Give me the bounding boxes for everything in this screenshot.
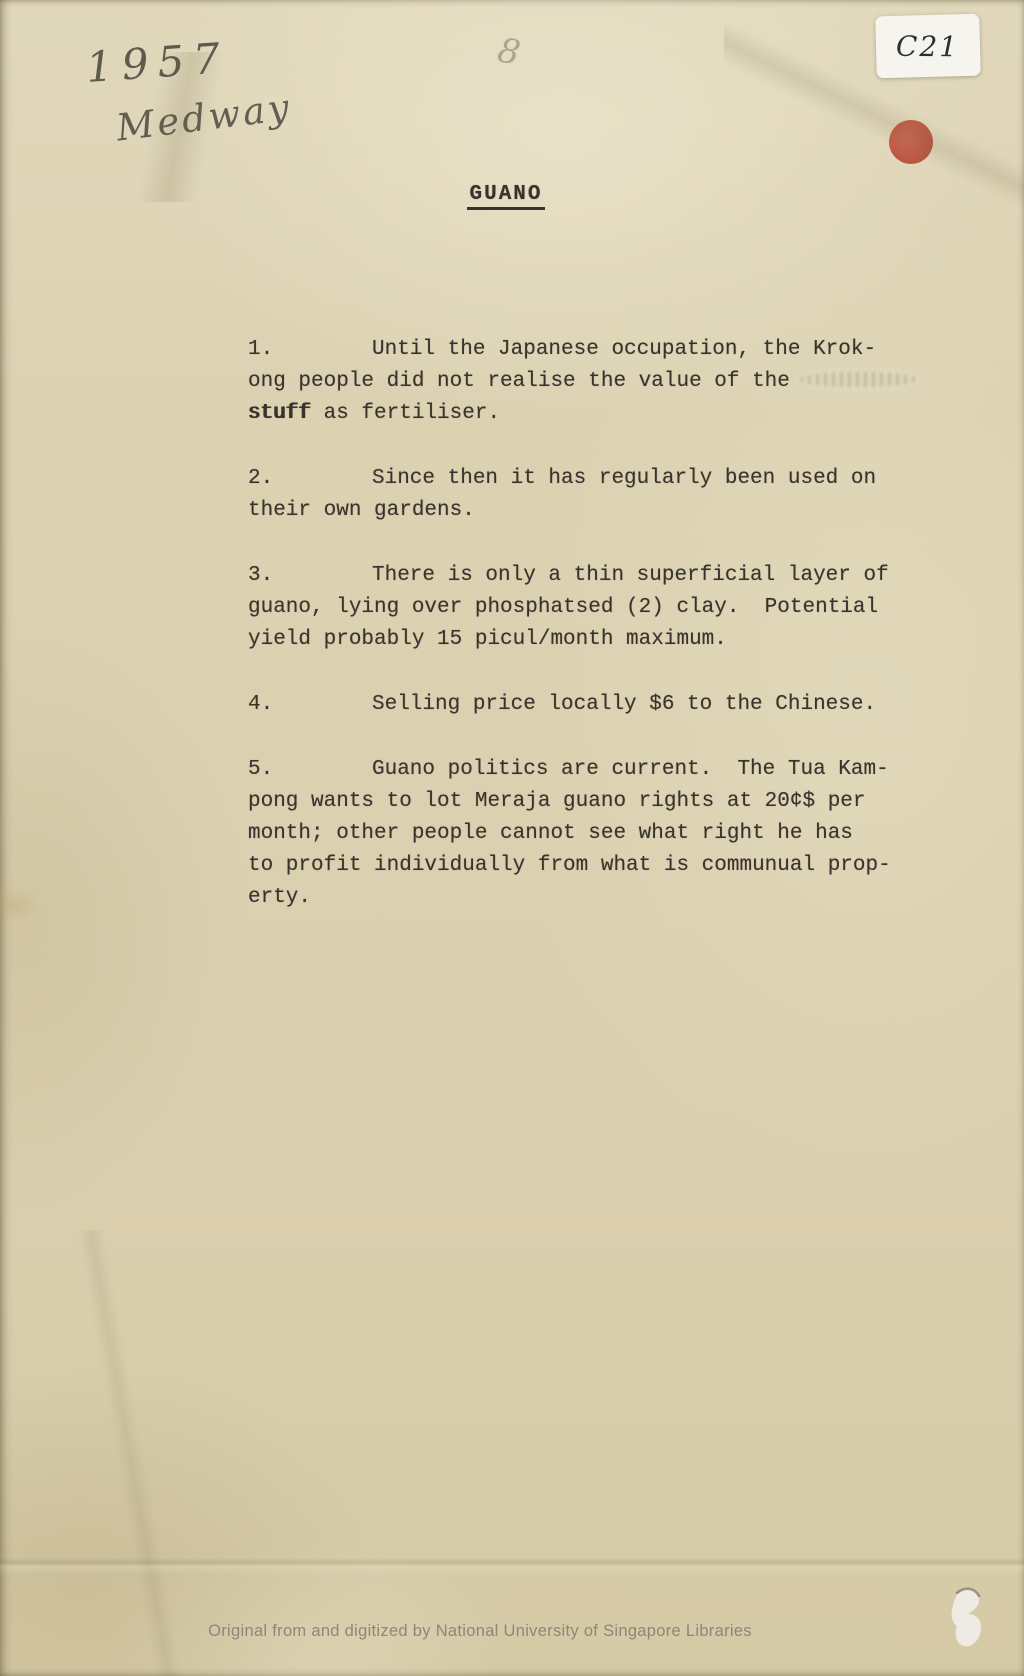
handwritten-name: Medway — [114, 85, 294, 149]
paragraph-text: Selling price locally $6 to the Chinese. — [372, 693, 876, 716]
paragraph-number: 3. — [248, 560, 372, 592]
paragraph-text: to profit individually from what is comm… — [248, 854, 891, 877]
paragraph-number: 2. — [248, 463, 372, 495]
paragraph-text: their own gardens. — [248, 499, 475, 522]
paragraph-number: 4. — [248, 689, 372, 721]
paragraph-line: month; other people cannot see what righ… — [248, 818, 908, 850]
paragraph-line: ong people did not realise the value of … — [248, 366, 908, 398]
document-title: GUANO — [0, 183, 1018, 206]
paragraph-text: pong wants to lot Meraja guano rights at… — [248, 790, 866, 813]
paragraph-number: 1. — [248, 334, 372, 366]
paragraph-text: erty. — [248, 886, 311, 909]
paragraph-line: erty. — [248, 882, 908, 914]
erased-word-smudge — [800, 372, 916, 387]
paragraph-4: 4.Selling price locally $6 to the Chines… — [248, 689, 908, 721]
paragraph-line: pong wants to lot Meraja guano rights at… — [248, 786, 908, 818]
paragraph-line: stuff as fertiliser. — [248, 398, 908, 430]
archive-label-sticker: C21 — [875, 14, 981, 79]
paragraph-text: Since then it has regularly been used on — [372, 467, 876, 490]
paragraph-1: 1.Until the Japanese occupation, the Kro… — [248, 334, 908, 430]
paragraph-line: 1.Until the Japanese occupation, the Kro… — [248, 334, 908, 366]
digitization-credit: Original from and digitized by National … — [0, 1622, 992, 1641]
paragraph-text: guano, lying over phosphatsed (2) clay. … — [248, 596, 878, 619]
scanned-document-page: 1957 Medway 8 C21 GUANO 1.Until the Japa… — [0, 0, 1024, 1676]
paragraph-line: 5.Guano politics are current. The Tua Ka… — [248, 754, 908, 786]
paragraph-number: 5. — [248, 754, 372, 786]
paragraph-text: yield probably 15 picul/month maximum. — [248, 628, 727, 651]
paragraph-line: 3.There is only a thin superficial layer… — [248, 560, 908, 592]
paragraph-text: Until the Japanese occupation, the Krok- — [372, 338, 876, 361]
paragraph-line: yield probably 15 picul/month maximum. — [248, 624, 908, 656]
paragraph-5: 5.Guano politics are current. The Tua Ka… — [248, 754, 908, 914]
faint-handwritten-page-number: 8 — [494, 30, 523, 74]
paragraph-line: guano, lying over phosphatsed (2) clay. … — [248, 592, 908, 624]
paragraph-line: their own gardens. — [248, 495, 908, 527]
paragraph-text: There is only a thin superficial layer o… — [372, 564, 889, 587]
archive-label-text: C21 — [896, 29, 959, 63]
document-title-text: GUANO — [467, 183, 544, 210]
paragraph-line: 4.Selling price locally $6 to the Chines… — [248, 689, 908, 721]
red-dot-sticker — [889, 120, 933, 164]
paragraph-2: 2.Since then it has regularly been used … — [248, 463, 908, 527]
document-body: 1.Until the Japanese occupation, the Kro… — [248, 334, 908, 947]
paragraph-3: 3.There is only a thin superficial layer… — [248, 560, 908, 656]
paragraph-line: to profit individually from what is comm… — [248, 850, 908, 882]
paragraph-text: month; other people cannot see what righ… — [248, 822, 853, 845]
overtyped-word: stuff — [248, 402, 311, 425]
paragraph-text: ong people did not realise the value of … — [248, 370, 790, 393]
handwritten-year: 1957 — [84, 33, 230, 92]
paragraph-text: as fertiliser. — [311, 402, 500, 425]
paragraph-text: Guano politics are current. The Tua Kam- — [372, 758, 889, 781]
paragraph-line: 2.Since then it has regularly been used … — [248, 463, 908, 495]
paper-damage-blob — [944, 1584, 996, 1656]
